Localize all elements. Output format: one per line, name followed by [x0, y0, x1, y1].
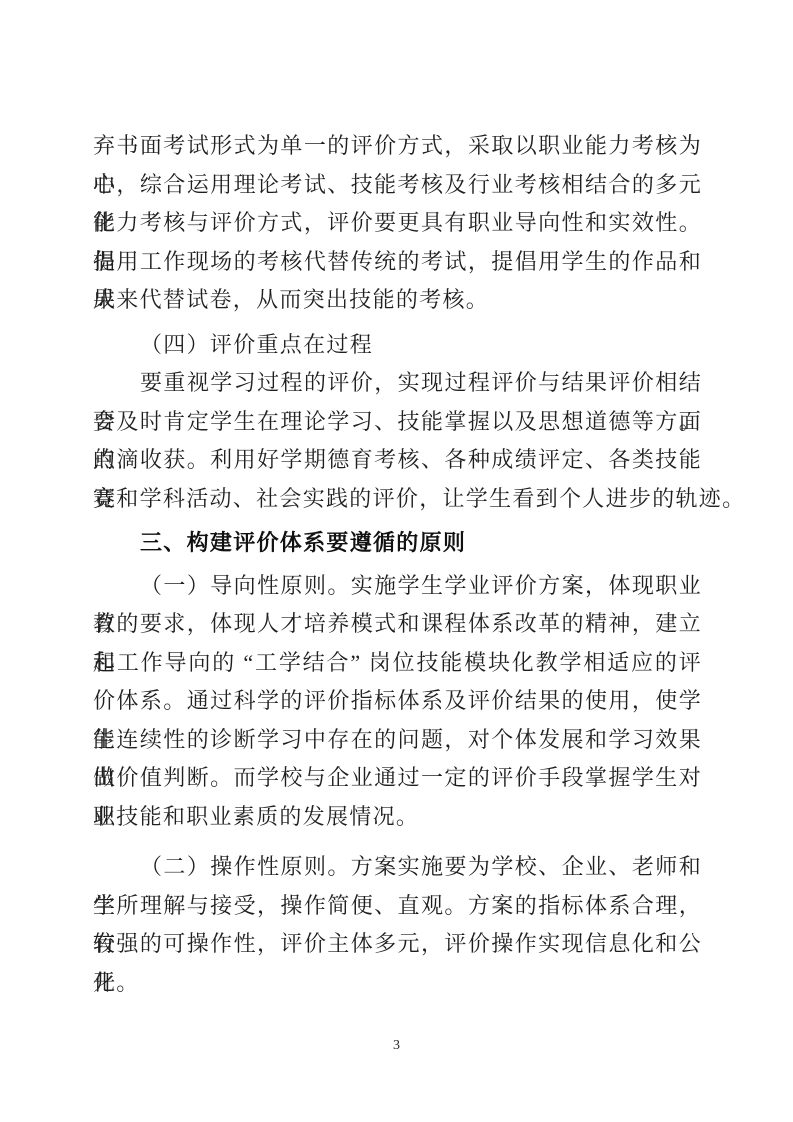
- text-line: （四）评价重点在过程: [93, 326, 702, 365]
- text-line: 果来代替试卷，从而突出技能的考核。: [93, 281, 702, 320]
- text-line: 能连续性的诊断学习中存在的问题，对个体发展和学习效果做: [93, 721, 702, 760]
- text-line: 价体系。通过科学的评价指标体系及评价结果的使用，使学生: [93, 682, 702, 721]
- document-body: 弃书面考试形式为单一的评价方式，采取以职业能力考核为中心，综合运用理论考试、技能…: [93, 127, 702, 1002]
- section-heading: 三、构建评价体系要遵循的原则: [93, 524, 702, 563]
- text-line: 能力考核与评价方式，评价要更具有职业导向性和实效性。提: [93, 204, 702, 243]
- text-line: 三、构建评价体系要遵循的原则: [93, 524, 702, 563]
- text-line: 生所理解与接受，操作简便、直观。方案的指标体系合理，有: [93, 887, 702, 926]
- document-page: 弃书面考试形式为单一的评价方式，采取以职业能力考核为中心，综合运用理论考试、技能…: [0, 0, 793, 1122]
- paragraph: 要重视学习过程的评价，实现过程评价与结果评价相结合。要及时肯定学生在理论学习、技…: [93, 364, 702, 518]
- text-line: 要及时肯定学生在理论学习、技能掌握以及思想道德等方面的: [93, 403, 702, 442]
- paragraph: 弃书面考试形式为单一的评价方式，采取以职业能力考核为中心，综合运用理论考试、技能…: [93, 127, 702, 320]
- text-line: 业技能和职业素质的发展情况。: [93, 798, 702, 837]
- paragraph: （二）操作性原则。方案实施要为学校、企业、老师和学生所理解与接受，操作简便、直观…: [93, 848, 702, 1002]
- paragraph: （一）导向性原则。实施学生学业评价方案，体现职业教育的要求，体现人才培养模式和课…: [93, 567, 702, 837]
- text-line: 和工作导向的 “工学结合” 岗位技能模块化教学相适应的评: [93, 644, 702, 683]
- text-line: 赛和学科活动、社会实践的评价，让学生看到个人进步的轨迹。: [93, 480, 702, 519]
- text-line: 心，综合运用理论考试、技能考核及行业考核相结合的多元化: [93, 166, 702, 205]
- text-line: （二）操作性原则。方案实施要为学校、企业、老师和学: [93, 848, 702, 887]
- text-line: 点滴收获。利用好学期德育考核、各种成绩评定、各类技能竞: [93, 441, 702, 480]
- page-number: 3: [0, 1036, 793, 1056]
- text-line: 较强的可操作性，评价主体多元，评价操作实现信息化和公开: [93, 925, 702, 964]
- text-line: 弃书面考试形式为单一的评价方式，采取以职业能力考核为中: [93, 127, 702, 166]
- text-line: 出价值判断。而学校与企业通过一定的评价手段掌握学生对职: [93, 759, 702, 798]
- text-line: 育的要求，体现人才培养模式和课程体系改革的精神，建立起: [93, 605, 702, 644]
- text-line: （一）导向性原则。实施学生学业评价方案，体现职业教: [93, 567, 702, 606]
- text-line: 倡用工作现场的考核代替传统的考试，提倡用学生的作品和成: [93, 243, 702, 282]
- text-line: 化。: [93, 964, 702, 1003]
- paragraph: （四）评价重点在过程: [93, 326, 702, 365]
- text-line: 要重视学习过程的评价，实现过程评价与结果评价相结合。: [93, 364, 702, 403]
